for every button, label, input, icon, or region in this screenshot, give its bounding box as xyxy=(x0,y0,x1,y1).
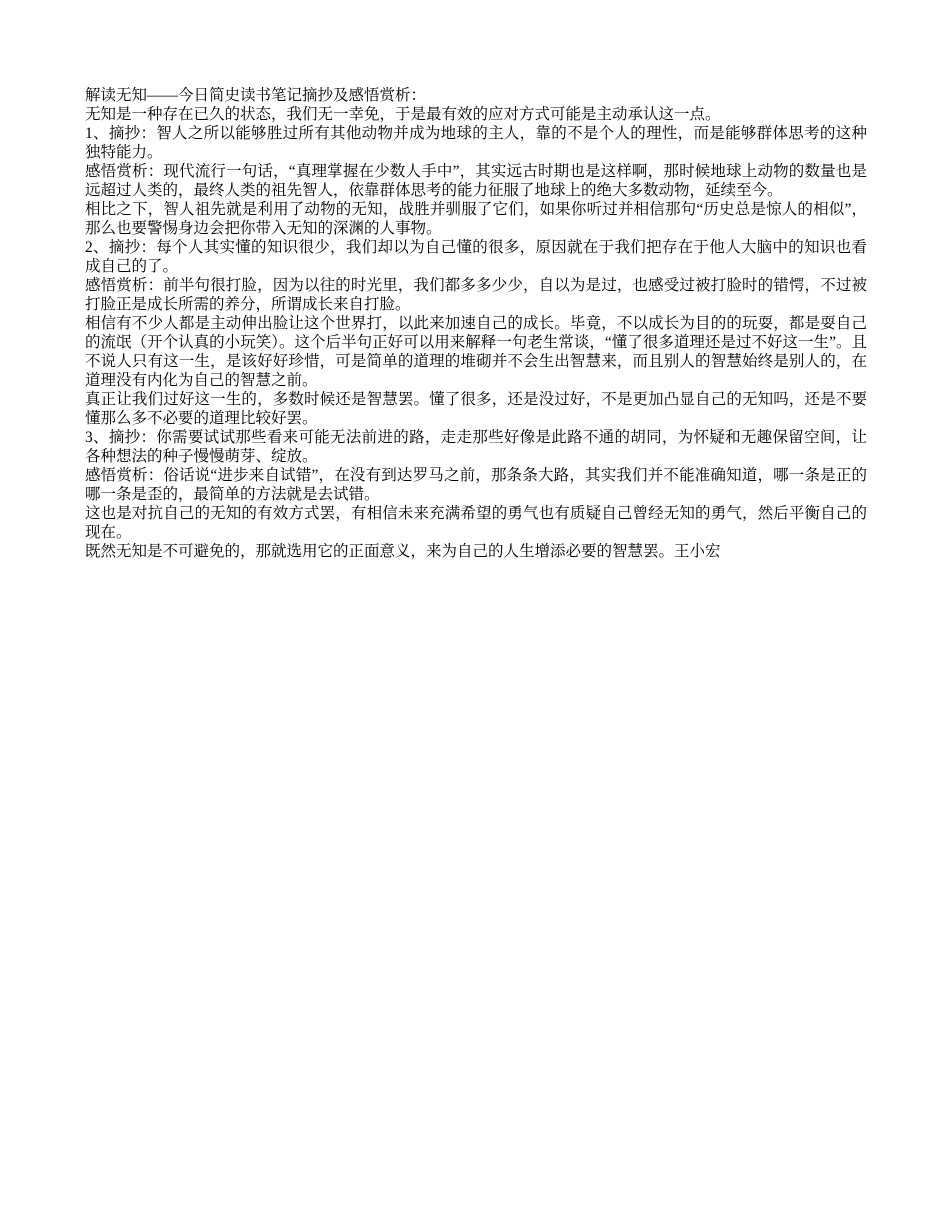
document-body: 无知是一种存在已久的状态，我们无一幸免，于是最有效的应对方式可能是主动承认这一点… xyxy=(85,105,867,561)
document-title: 解读无知——今日简史读书笔记摘抄及感悟赏析： xyxy=(85,86,867,105)
paragraph: 无知是一种存在已久的状态，我们无一幸免，于是最有效的应对方式可能是主动承认这一点… xyxy=(85,105,867,124)
paragraph: 2、摘抄：每个人其实懂的知识很少，我们却以为自己懂的很多，原因就在于我们把存在于… xyxy=(85,238,867,276)
paragraph: 相信有不少人都是主动伸出脸让这个世界打，以此来加速自己的成长。毕竟，不以成长为目… xyxy=(85,314,867,390)
paragraph: 感悟赏析：现代流行一句话，“真理掌握在少数人手中”，其实远古时期也是这样啊，那时… xyxy=(85,162,867,200)
paragraph: 1、摘抄：智人之所以能够胜过所有其他动物并成为地球的主人，靠的不是个人的理性，而… xyxy=(85,124,867,162)
paragraph: 这也是对抗自己的无知的有效方式罢，有相信未来充满希望的勇气也有质疑自己曾经无知的… xyxy=(85,504,867,542)
paragraph: 3、摘抄：你需要试试那些看来可能无法前进的路，走走那些好像是此路不通的胡同，为怀… xyxy=(85,428,867,466)
document-page: 解读无知——今日简史读书笔记摘抄及感悟赏析： 无知是一种存在已久的状态，我们无一… xyxy=(85,86,867,561)
paragraph: 既然无知是不可避免的，那就选用它的正面意义，来为自己的人生增添必要的智慧罢。王小… xyxy=(85,542,867,561)
paragraph: 相比之下，智人祖先就是利用了动物的无知，战胜并驯服了它们，如果你听过并相信那句“… xyxy=(85,200,867,238)
paragraph: 感悟赏析：前半句很打脸，因为以往的时光里，我们都多多少少，自以为是过，也感受过被… xyxy=(85,276,867,314)
paragraph: 感悟赏析：俗话说“进步来自试错”，在没有到达罗马之前，那条条大路，其实我们并不能… xyxy=(85,466,867,504)
paragraph: 真正让我们过好这一生的，多数时候还是智慧罢。懂了很多，还是没过好，不是更加凸显自… xyxy=(85,390,867,428)
